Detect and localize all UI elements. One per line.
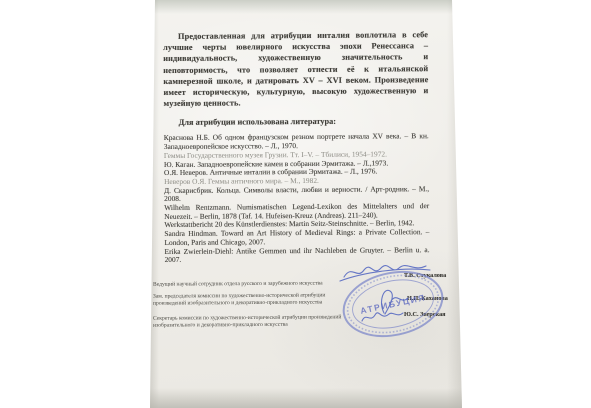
paper-left-shadow	[149, 0, 159, 408]
paper-right-shadow	[447, 0, 463, 408]
signatory-name: Н.П. Каханова	[407, 295, 448, 302]
signatory-title-secretary: Секретарь комиссии по художественно-исто…	[153, 314, 353, 329]
photo-canvas: Предоставленная для атрибуции инталия во…	[0, 0, 591, 408]
paper-top-shadow	[149, 0, 463, 14]
signatory-name: Ю.С. Зверская	[404, 311, 446, 318]
signatory-title-deputy-chair: Зам. председателя комиссии по художестве…	[153, 292, 353, 307]
attribution-paragraph: Предоставленная для атрибуции инталия во…	[163, 29, 429, 109]
signatory-name: Т.В. Стукалова	[404, 272, 446, 279]
literature-heading: Для атрибуции использована литература:	[164, 117, 429, 128]
bibliography-entry: Erika Zwierlein-Diehl: Antike Gemmen und…	[165, 246, 430, 265]
document-body: Предоставленная для атрибуции инталия во…	[163, 29, 430, 265]
paper-bottom-shadow	[149, 388, 463, 408]
signatory-title-lead-researcher: Ведущий научный сотрудник отдела русског…	[153, 280, 353, 288]
bibliography-list: Краснова Н.Б. Об одном французском резно…	[164, 133, 430, 265]
bibliography-entry: Краснова Н.Б. Об одном французском резно…	[164, 133, 429, 152]
